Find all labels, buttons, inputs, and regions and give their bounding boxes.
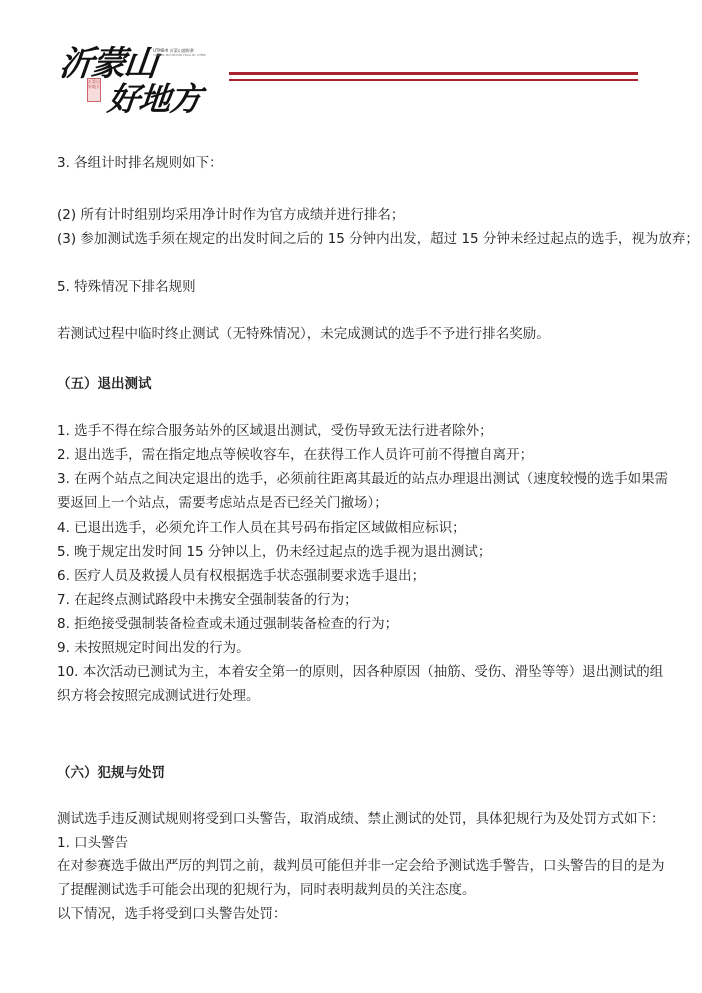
rule-heading-special: 5. 特殊情况下排名规则 (57, 278, 196, 296)
paragraph-line: 了提醒测试选手可能会出现的犯规行为，同时表明裁判员的关注态度。 (57, 881, 476, 899)
paragraph-line: 测试选手违反测试规则将受到口头警告，取消成绩、禁止测试的处罚，具体犯规行为及处罚… (57, 810, 665, 828)
logo-brand-subtitle: YIMENG MOUNTAIN TRAIL BY UTMB (153, 53, 206, 58)
list-item: 4. 已退出选手，必须允许工作人员在其号码布指定区域做相应标识； (57, 519, 466, 537)
paragraph-line: (3) 参加测试选手须在规定的出发时间之后的 15 分钟内出发，超过 15 分钟… (57, 230, 699, 248)
list-item-continuation: 要返回上一个站点，需要考虑站点是否已经关门撤场）； (57, 494, 388, 512)
logo: 沂蒙山 UTMB® 沂蒙山越野赛 YIMENG MOUNTAIN TRAIL B… (60, 36, 230, 116)
rule-heading-ranking: 3. 各组计时排名规则如下： (57, 154, 223, 172)
section-heading-withdrawal: （五）退出测试 (57, 375, 152, 393)
list-item: 9. 未按照规定时间出发的行为。 (57, 639, 250, 657)
list-item: 1. 口头警告 (57, 834, 128, 852)
seal-stamp-icon: 沂蒙山 好地方 (87, 78, 101, 102)
paragraph-line: 若测试过程中临时终止测试（无特殊情况），未完成测试的选手不予进行排名奖励。 (57, 325, 550, 343)
list-item: 7. 在起终点测试路段中未携安全强制装备的行为； (57, 591, 358, 609)
list-item: 10. 本次活动已测试为主，本着安全第一的原则，因各种原因（抽筋、受伤、滑坠等等… (57, 663, 663, 681)
page-header: 沂蒙山 UTMB® 沂蒙山越野赛 YIMENG MOUNTAIN TRAIL B… (0, 0, 702, 120)
list-item: 6. 医疗人员及救援人员有权根据选手状态强制要求选手退出； (57, 567, 425, 585)
paragraph-line: 以下情况，选手将受到口头警告处罚： (57, 905, 287, 923)
list-item: 2. 退出选手，需在指定地点等候收容车，在获得工作人员许可前不得擅自离开； (57, 446, 533, 464)
header-rule-thick (229, 72, 638, 75)
list-item-continuation: 织方将会按照完成测试进行处理。 (57, 687, 260, 705)
logo-brand: UTMB® 沂蒙山越野赛 YIMENG MOUNTAIN TRAIL BY UT… (153, 48, 206, 58)
list-item: 5. 晚于规定出发时间 15 分钟以上，仍未经过起点的选手视为退出测试； (57, 543, 491, 561)
section-heading-penalties: （六）犯规与处罚 (57, 764, 165, 782)
list-item: 3. 在两个站点之间决定退出的选手，必须前往距离其最近的站点办理退出测试（速度较… (57, 470, 668, 488)
list-item: 1. 选手不得在综合服务站外的区域退出测试，受伤导致无法行进者除外； (57, 422, 493, 440)
header-rule-thin (229, 79, 638, 81)
paragraph-line: 在对参赛选手做出严厉的判罚之前，裁判员可能但并非一定会给予测试选手警告，口头警告… (57, 857, 665, 875)
paragraph-line: (2) 所有计时组别均采用净计时作为官方成绩并进行排名； (57, 206, 404, 224)
logo-title-row2: 好地方 (106, 74, 204, 120)
list-item: 8. 拒绝接受强制装备检查或未通过强制装备检查的行为； (57, 615, 398, 633)
